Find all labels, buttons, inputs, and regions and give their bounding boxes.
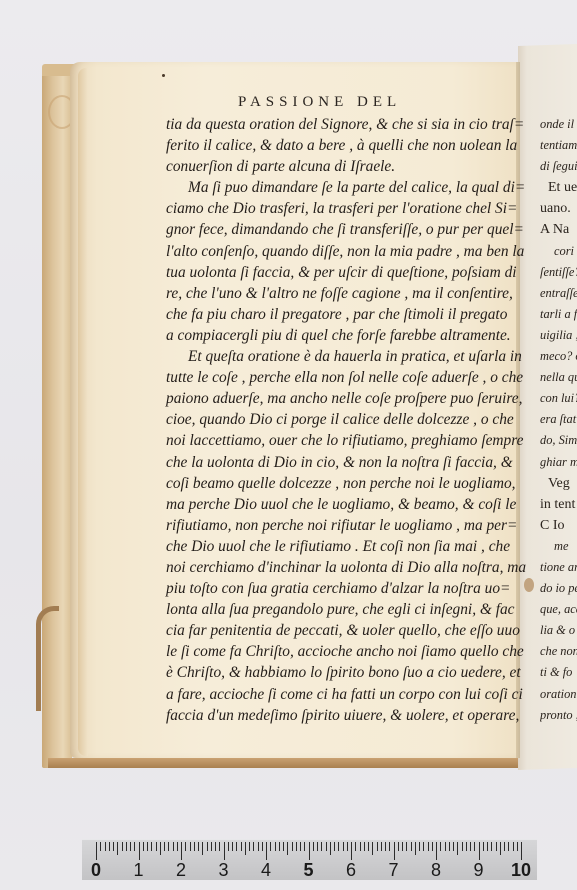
text-line: faccia d'un medeſimo ſpirito uiuere, & u…	[166, 705, 484, 726]
text-line: tarli a fa	[540, 304, 577, 325]
ruler-tick	[143, 842, 144, 851]
ruler-tick	[211, 842, 212, 851]
ruler-tick	[249, 842, 250, 851]
text-line: piu toſto con ſua gratia cerchiamo d'alz…	[166, 578, 484, 599]
text-line: do, Sim	[540, 430, 577, 451]
text-line: con lui?	[540, 388, 577, 409]
ruler-tick	[513, 842, 514, 851]
ruler-tick	[258, 842, 259, 851]
ruler-tick	[321, 842, 322, 851]
ruler-tick	[334, 842, 335, 851]
ruler-tick	[487, 842, 488, 851]
ruler-tick	[330, 842, 331, 855]
text-line: Veg	[540, 473, 577, 494]
ruler-tick	[338, 842, 339, 851]
ruler-tick	[381, 842, 382, 851]
ruler-tick	[117, 842, 118, 855]
ruler-tick	[326, 842, 327, 851]
ruler-tick	[428, 842, 429, 851]
text-line: che Dio uuol che le rifiutiamo . Et coſi…	[166, 536, 484, 557]
text-line: a fare, accioche ſi come ci ha fatti un …	[166, 684, 484, 705]
ruler-tick	[279, 842, 280, 851]
text-line: ſentiſſe? c	[540, 262, 577, 283]
ruler-tick	[275, 842, 276, 851]
ruler-tick	[296, 842, 297, 851]
ruler-tick	[521, 842, 522, 860]
ruler-tick	[168, 842, 169, 851]
ruler-tick	[491, 842, 492, 851]
ruler-tick	[160, 842, 161, 855]
text-line: ma perche Dio uuol che le uogliamo, & be…	[166, 494, 484, 515]
ruler-tick	[453, 842, 454, 851]
ruler-tick	[173, 842, 174, 851]
ruler-tick	[224, 842, 225, 860]
dropcap-line: A Na	[540, 219, 577, 240]
text-line: di ſeguita	[540, 156, 577, 177]
text-line: noi laccettiamo, ouer che lo rifiutiamo,…	[166, 430, 484, 451]
ruler-label: 1	[129, 860, 149, 881]
ruler-tick	[394, 842, 395, 860]
ruler-tick	[300, 842, 301, 851]
text-line: tua uolonta ſi faccia, & per uſcir di qu…	[166, 262, 484, 283]
text-line: ghiar m	[540, 452, 577, 473]
ruler-tick	[508, 842, 509, 851]
ruler-label: 5	[299, 860, 319, 881]
ruler-tick	[219, 842, 220, 851]
ruler-tick	[151, 842, 152, 851]
ruler-tick	[156, 842, 157, 851]
page-curl-edge	[78, 68, 88, 756]
ruler-tick	[415, 842, 416, 855]
ruler-tick	[317, 842, 318, 851]
ruler-tick	[304, 842, 305, 851]
ruler-tick	[466, 842, 467, 851]
ruler-tick	[398, 842, 399, 851]
ruler-tick	[436, 842, 437, 860]
paragraph-start-line: Ma ſi puo dimandare ſe la parte del cali…	[166, 177, 484, 198]
text-line: è Chriſto, & habbiamo lo ſpirito bono ſu…	[166, 662, 484, 683]
ruler-tick	[287, 842, 288, 855]
text-line: ferito il calice, & dato a bere , à quel…	[166, 135, 484, 156]
ruler-tick	[241, 842, 242, 851]
text-line: gnor fece, dimandando che ſi transferiſſ…	[166, 219, 484, 240]
text-line: re, che l'uno & l'altro ne foſſe cagione…	[166, 283, 484, 304]
text-line: oration	[540, 684, 577, 705]
ruler-label: 9	[469, 860, 489, 881]
ruler-tick	[445, 842, 446, 851]
ink-speck	[162, 74, 165, 77]
text-line: ti & fo	[540, 662, 577, 683]
ruler-tick	[343, 842, 344, 851]
ruler-tick	[385, 842, 386, 851]
ruler-tick	[368, 842, 369, 851]
text-line: tentiamo ;	[540, 135, 577, 156]
text-line: era ſtat	[540, 409, 577, 430]
ruler-labels: 0 1 2 3 4 5 6 7 8 9 10	[82, 860, 537, 880]
text-line: tione anc	[540, 557, 577, 578]
ruler-tick	[105, 842, 106, 851]
text-line: do io per	[540, 578, 577, 599]
ruler-tick	[113, 842, 114, 851]
ruler-label: 7	[384, 860, 404, 881]
ruler-tick	[194, 842, 195, 851]
ruler-tick	[202, 842, 203, 855]
text-line: conuerſion di parte alcuna di Iſraele.	[166, 156, 484, 177]
text-line: uano.	[540, 198, 577, 219]
ruler-tick	[177, 842, 178, 851]
ruler-tick	[164, 842, 165, 851]
text-line: rifiutiamo, non perche noi rifiutar le u…	[166, 515, 484, 536]
ruler-tick	[292, 842, 293, 851]
text-line: Et ue	[540, 177, 577, 198]
ruler-tick	[479, 842, 480, 860]
text-line: paiono aduerſe, ma ancho nelle coſe proſ…	[166, 388, 484, 409]
ruler-tick	[355, 842, 356, 851]
text-line: cori	[540, 241, 577, 262]
ruler-tick	[190, 842, 191, 851]
ruler-tick	[457, 842, 458, 855]
ruler-tick	[270, 842, 271, 851]
ruler-tick	[185, 842, 186, 851]
ruler-tick	[462, 842, 463, 851]
text-line: entraſſer	[540, 283, 577, 304]
ruler-tick	[432, 842, 433, 851]
ruler-label: 10	[508, 860, 534, 881]
text-line: che la uolonta di Dio in cio, & non la n…	[166, 452, 484, 473]
text-line: tutte le coſe , perche ella non ſol nell…	[166, 367, 484, 388]
ruler-tick	[181, 842, 182, 860]
ruler-tick	[419, 842, 420, 851]
ruler-tick	[198, 842, 199, 851]
ruler-label: 4	[256, 860, 276, 881]
scale-ruler: 0 1 2 3 4 5 6 7 8 9 10	[82, 839, 537, 880]
text-line: lia & o	[540, 620, 577, 641]
ruler-tick	[360, 842, 361, 851]
ruler-tick	[517, 842, 518, 851]
ruler-tick	[266, 842, 267, 860]
text-line: meco? ou	[540, 346, 577, 367]
ruler-tick	[100, 842, 101, 851]
text-line: cia far penitentia de peccati, & uoler q…	[166, 620, 484, 641]
ruler-tick	[147, 842, 148, 851]
paragraph-start-line: Et queſta oratione è da hauerla in prati…	[166, 346, 484, 367]
left-page-text: tia da questa oration del Signore, & che…	[166, 114, 484, 726]
ruler-tick	[232, 842, 233, 851]
ruler-tick	[96, 842, 97, 860]
ruler-tick	[483, 842, 484, 851]
text-line: nella qu	[540, 367, 577, 388]
ruler-tick	[122, 842, 123, 851]
dropcap-line: C Io	[540, 515, 577, 536]
ruler-tick	[228, 842, 229, 851]
ruler-tick	[207, 842, 208, 851]
text-line: ciamo che Dio trasferi, la trasferi per …	[166, 198, 484, 219]
ruler-tick	[411, 842, 412, 851]
ruler-label: 3	[214, 860, 234, 881]
text-line: in tent	[540, 494, 577, 515]
text-line: che non	[540, 641, 577, 662]
text-line: coſi beamo quelle dolcezze , non perche …	[166, 473, 484, 494]
text-line: a compiacergli piu di quel che forſe far…	[166, 325, 484, 346]
ruler-tick	[377, 842, 378, 851]
ruler-tick	[470, 842, 471, 851]
text-line: uigilia ,	[540, 325, 577, 346]
text-line: cioe, quando Dio ci porge il calice dell…	[166, 409, 484, 430]
ruler-tick	[423, 842, 424, 851]
ruler-tick	[130, 842, 131, 851]
ruler-tick	[449, 842, 450, 851]
text-line: onde il uo	[540, 114, 577, 135]
text-line: lonta alla ſua pregandolo pure, che egli…	[166, 599, 484, 620]
text-line: noi cerchiamo d'inchinar la uolonta di D…	[166, 557, 484, 578]
ruler-tick	[245, 842, 246, 855]
ruler-tick	[126, 842, 127, 851]
ruler-tick	[500, 842, 501, 855]
ruler-tick	[139, 842, 140, 860]
ruler-tick	[351, 842, 352, 860]
ruler-tick	[109, 842, 110, 851]
ruler-tick	[372, 842, 373, 855]
ruler-tick	[236, 842, 237, 851]
ruler-tick	[309, 842, 310, 860]
ruler-label: 6	[341, 860, 361, 881]
ruler-tick	[253, 842, 254, 851]
ruler-tick	[406, 842, 407, 851]
ruler-label: 0	[86, 860, 106, 881]
ruler-tick	[504, 842, 505, 851]
ruler-tick	[215, 842, 216, 851]
text-line: me	[540, 536, 577, 557]
text-line: que, acci	[540, 599, 577, 620]
ruler-tick	[283, 842, 284, 851]
ruler-tick	[474, 842, 475, 851]
running-head: PASSIONE DEL	[238, 94, 401, 111]
ruler-tick	[440, 842, 441, 851]
text-line: l'alto conſenſo, quando diſſe, non la mi…	[166, 241, 484, 262]
ruler-label: 8	[426, 860, 446, 881]
ruler-tick	[389, 842, 390, 851]
ruler-tick	[347, 842, 348, 851]
cover-bottom-edge	[48, 758, 518, 768]
text-line: che fa piu charo il pregatore , par che …	[166, 304, 484, 325]
ruler-tick	[262, 842, 263, 851]
ruler-tick	[313, 842, 314, 851]
ruler-tick	[402, 842, 403, 851]
right-page-text: onde il uo tentiamo ; di ſeguita Et ue u…	[540, 114, 577, 726]
text-line: le ſi come fa Chriſto, accioche ancho no…	[166, 641, 484, 662]
ruler-tick	[496, 842, 497, 851]
leather-tie	[36, 606, 59, 711]
ruler-tick	[364, 842, 365, 851]
ruler-label: 2	[171, 860, 191, 881]
text-line: pronto ,	[540, 705, 577, 726]
ruler-tick	[134, 842, 135, 851]
text-line: tia da questa oration del Signore, & che…	[166, 114, 484, 135]
page-stain	[524, 578, 534, 592]
